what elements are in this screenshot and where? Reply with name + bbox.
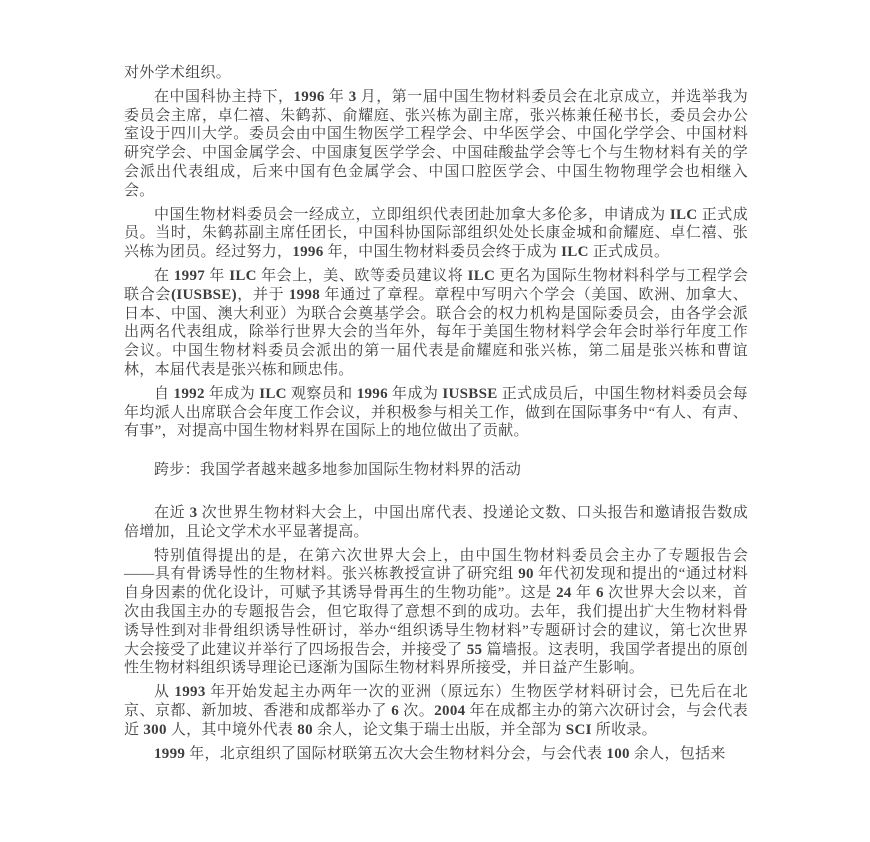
bold-text-run: 6 — [596, 585, 604, 601]
paragraph: 自 1992 年成为 ILC 观察员和 1996 年成为 IUSBSE 正式成员… — [124, 385, 748, 441]
bold-text-run: ILC — [229, 268, 257, 284]
bold-text-run: 55 — [467, 642, 483, 658]
bold-text-run: ILC — [468, 268, 496, 284]
bold-text-run: 1997 — [174, 268, 205, 284]
text-run: 余人，论文集于瑞士出版，并全部为 — [313, 722, 566, 738]
text-run: 在近 — [154, 505, 190, 521]
text-run: 次。 — [399, 703, 434, 719]
bold-text-run: 1996 — [293, 89, 324, 105]
bold-text-run: 1998 — [289, 287, 320, 303]
bold-text-run: 6 — [391, 703, 399, 719]
text-run: 年成为 — [205, 386, 259, 402]
bold-text-run: ILC — [670, 207, 698, 223]
paragraph: 中国生物材料委员会一经成立，立即组织代表团赴加拿大多伦多，申请成为 ILC 正式… — [124, 206, 748, 262]
text-run: 对外学术组织。 — [124, 65, 231, 81]
text-run: 跨步：我国学者越来越多地参加国际生物材料界的活动 — [154, 462, 521, 478]
bold-text-run: 24 — [556, 585, 572, 601]
text-run: ，并于 — [237, 287, 289, 303]
bold-text-run: 100 — [606, 746, 629, 762]
paragraph: 从 1993 年开始发起主办两年一次的亚洲（原远东）生物医学材料研讨会，已先后在… — [124, 683, 748, 739]
text-run: 年 — [572, 585, 596, 601]
text-run: 自 — [154, 386, 174, 402]
bold-text-run: ILC — [259, 386, 287, 402]
section-heading: 跨步：我国学者越来越多地参加国际生物材料界的活动 — [124, 461, 748, 480]
bold-text-run: 2004 — [434, 703, 465, 719]
text-run: 次世界生物材料大会上，中国出席代表、投递论文数、口头报告和邀请报告数成倍增加，且… — [124, 505, 748, 540]
paragraph: 在中国科协主持下，1996 年 3 月，第一届中国生物材料委员会在北京成立，并选… — [124, 88, 748, 201]
text-run: 观察员和 — [287, 386, 357, 402]
text-run: 年会上，美、欧等委员建议将 — [257, 268, 468, 284]
bold-text-run: 90 — [518, 566, 534, 582]
bold-text-run: 1996 — [292, 244, 323, 260]
text-run: 年 — [205, 268, 229, 284]
text-run: 人，其中境外代表 — [167, 722, 298, 738]
bold-text-run: 1999 — [154, 746, 185, 762]
document-body: 对外学术组织。在中国科协主持下，1996 年 3 月，第一届中国生物材料委员会在… — [124, 64, 748, 763]
document-page: 对外学术组织。在中国科协主持下，1996 年 3 月，第一届中国生物材料委员会在… — [0, 0, 870, 842]
text-run: 年，中国生物材料委员会终于成为 — [324, 244, 562, 260]
text-run: 余人，包括来 — [630, 746, 726, 762]
text-run: 年成为 — [388, 386, 442, 402]
bold-text-run: 1993 — [174, 684, 205, 700]
text-run: 所收录。 — [592, 722, 657, 738]
text-run: 中国生物材料委员会一经成立，立即组织代表团赴加拿大多伦多，申请成为 — [154, 207, 670, 223]
text-run: 年，北京组织了国际材联第五次大会生物材料分会，与会代表 — [185, 746, 606, 762]
bold-text-run: 1996 — [357, 386, 388, 402]
text-run: 在中国科协主持下， — [154, 89, 293, 105]
paragraph: 在近 3 次世界生物材料大会上，中国出席代表、投递论文数、口头报告和邀请报告数成… — [124, 504, 748, 542]
text-run: 正式成员。 — [589, 244, 670, 260]
bold-text-run: 300 — [143, 722, 166, 738]
paragraph: 特别值得提出的是，在第六次世界大会上，由中国生物材料委员会主办了专题报告会——具… — [124, 547, 748, 679]
bold-text-run: SCI — [566, 722, 592, 738]
text-run: 从 — [154, 684, 174, 700]
text-run: 月，第一届中国生物材料委员会在北京成立，并选举我为委员会主席，卓仁禧、朱鹤荪、俞… — [124, 89, 748, 199]
paragraph: 1999 年，北京组织了国际材联第五次大会生物材料分会，与会代表 100 余人，… — [124, 745, 748, 764]
bold-text-run: 1992 — [174, 386, 205, 402]
bold-text-run: (IUSBSE) — [171, 287, 237, 303]
bold-text-run: IUSBSE — [442, 386, 497, 402]
text-run: 年 — [325, 89, 349, 105]
bold-text-run: 3 — [349, 89, 357, 105]
text-run: 在 — [154, 268, 174, 284]
paragraph: 对外学术组织。 — [124, 64, 748, 83]
paragraph: 在 1997 年 ILC 年会上，美、欧等委员建议将 ILC 更名为国际生物材料… — [124, 267, 748, 380]
bold-text-run: ILC — [561, 244, 589, 260]
bold-text-run: 80 — [297, 722, 313, 738]
